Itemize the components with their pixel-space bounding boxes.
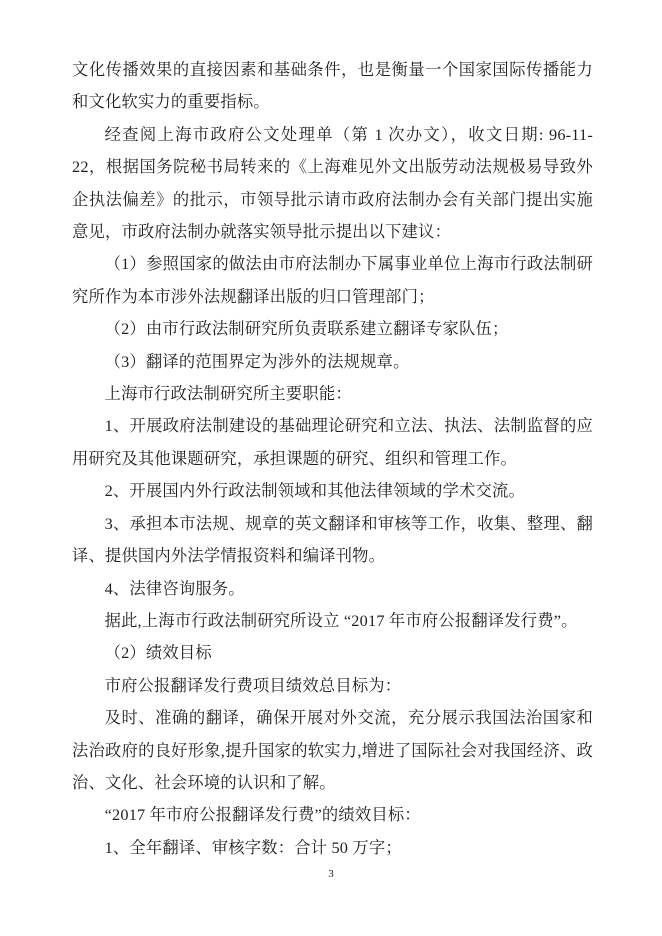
document-page: 文化传播效果的直接因素和基础条件，也是衡量一个国家国际传播能力和文化软实力的重要… bbox=[0, 0, 662, 936]
paragraph: 2、开展国内外行政法制领域和其他法律领域的学术交流。 bbox=[72, 475, 593, 507]
paragraph: 经查阅上海市政府公文处理单（第 1 次办文），收文日期: 96-11-22，根据… bbox=[72, 119, 593, 249]
page-footer: 3 bbox=[0, 864, 662, 882]
paragraph: 3、承担本市法规、规章的英文翻译和审核等工作，收集、整理、翻译、提供国内外法学情… bbox=[72, 508, 593, 573]
paragraph: （3）翻译的范围界定为涉外的法规规章。 bbox=[72, 346, 593, 378]
paragraph: 市府公报翻译发行费项目绩效总目标为： bbox=[72, 670, 593, 702]
paragraph: （1）参照国家的做法由市府法制办下属事业单位上海市行政法制研究所作为本市涉外法规… bbox=[72, 248, 593, 313]
paragraph: （2）由市行政法制研究所负责联系建立翻译专家队伍； bbox=[72, 313, 593, 345]
paragraph: 据此,上海市行政法制研究所设立 “2017 年市府公报翻译发行费”。 bbox=[72, 605, 593, 637]
page-number: 3 bbox=[328, 868, 334, 880]
paragraph: 及时、准确的翻译，确保开展对外交流，充分展示我国法治国家和法治政府的良好形象,提… bbox=[72, 702, 593, 799]
paragraph: 4、法律咨询服务。 bbox=[72, 573, 593, 605]
paragraph: 文化传播效果的直接因素和基础条件，也是衡量一个国家国际传播能力和文化软实力的重要… bbox=[72, 54, 593, 119]
paragraph: 上海市行政法制研究所主要职能： bbox=[72, 378, 593, 410]
paragraph: （2）绩效目标 bbox=[72, 637, 593, 669]
paragraph: 1、全年翻译、审核字数：合计 50 万字； bbox=[72, 832, 593, 864]
text-content: 文化传播效果的直接因素和基础条件，也是衡量一个国家国际传播能力和文化软实力的重要… bbox=[72, 54, 593, 864]
paragraph: 1、开展政府法制建设的基础理论研究和立法、执法、法制监督的应用研究及其他课题研究… bbox=[72, 410, 593, 475]
paragraph: “2017 年市府公报翻译发行费”的绩效目标： bbox=[72, 799, 593, 831]
